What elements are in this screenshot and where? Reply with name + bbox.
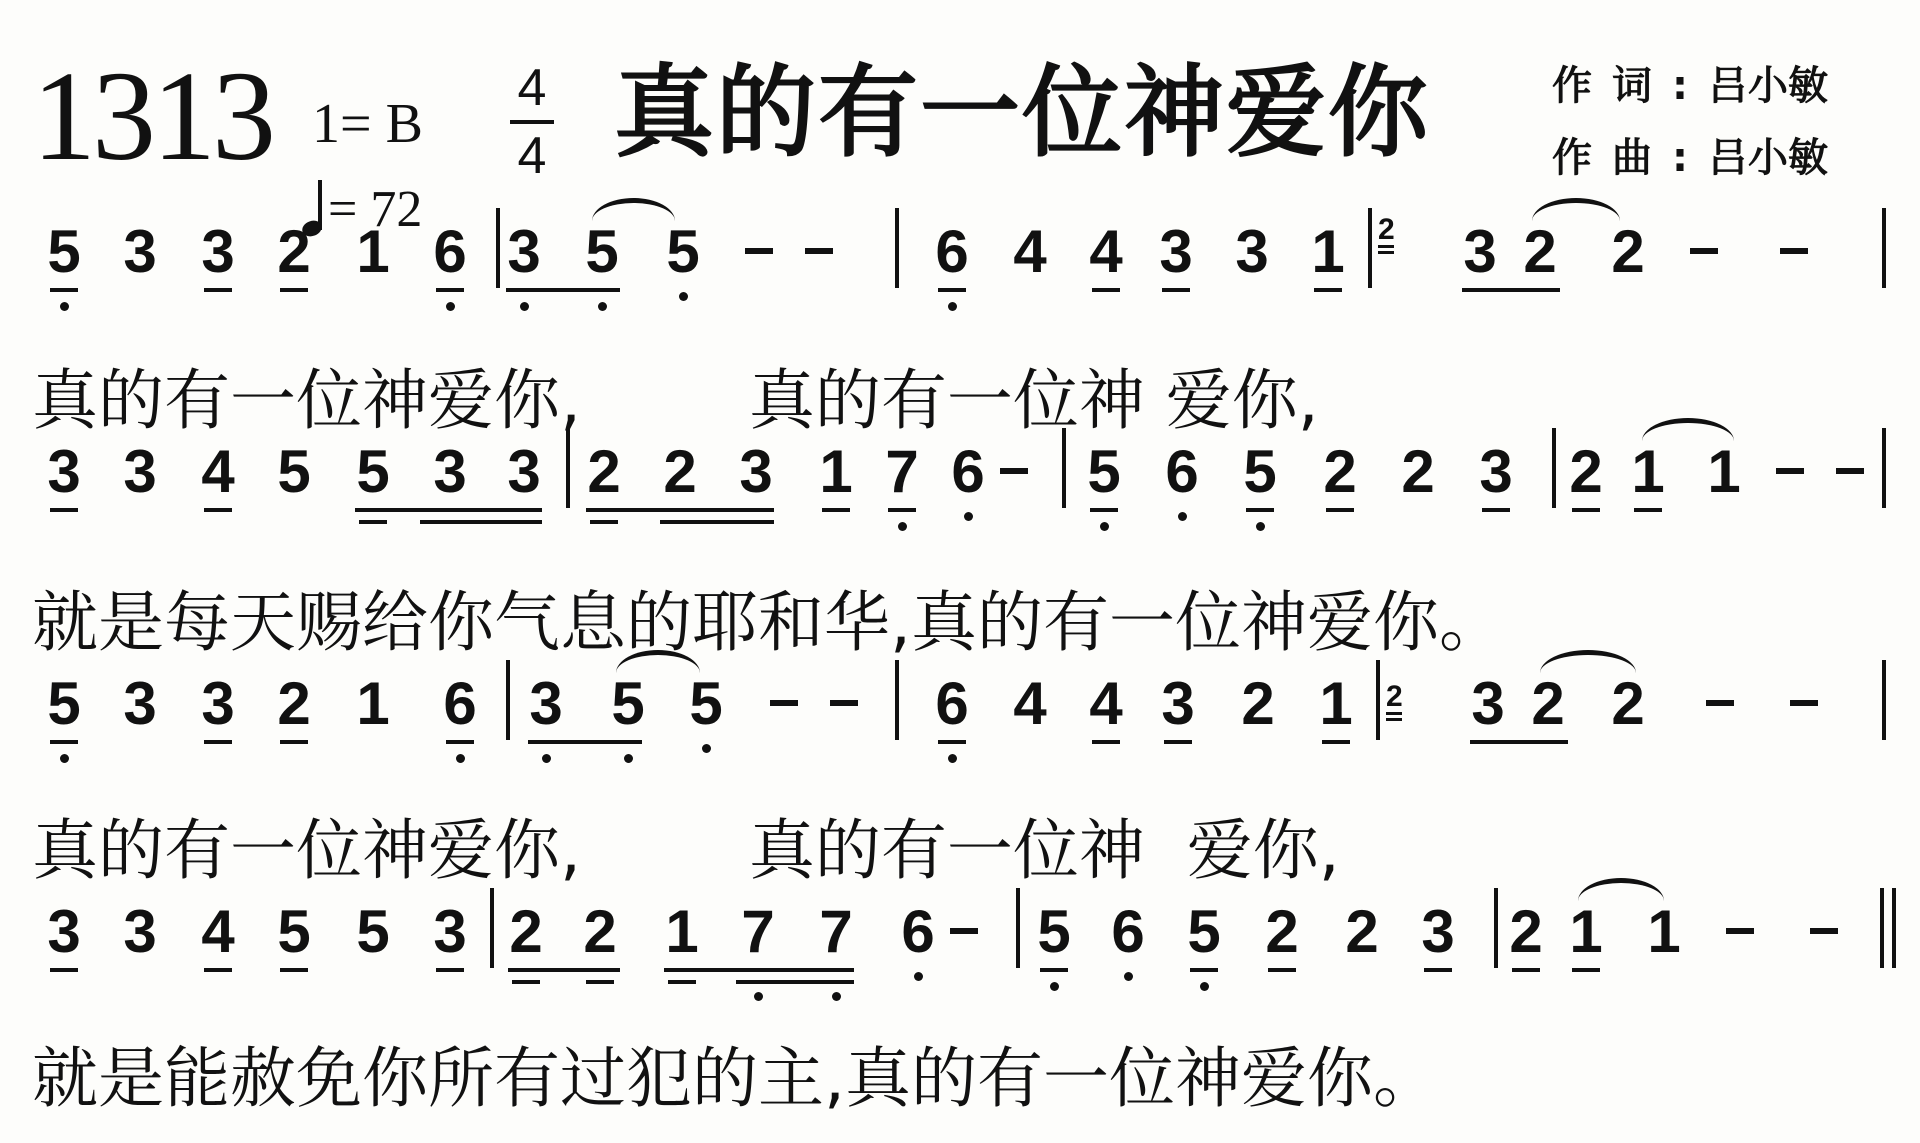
underline-beam [822, 508, 850, 512]
note: 3 [46, 902, 82, 962]
beam [664, 968, 854, 972]
barline [895, 660, 899, 740]
note: 4 [1088, 222, 1124, 282]
underline-beam [1090, 508, 1118, 512]
underline-beam [1190, 968, 1218, 972]
note: 3 [122, 902, 158, 962]
underline-beam [1246, 508, 1274, 512]
note: 1 [1310, 222, 1346, 282]
lower-octave-dot [456, 754, 465, 763]
underline-beam [50, 740, 78, 744]
note: 6 [900, 902, 936, 962]
lower-octave-dot [964, 512, 973, 521]
lower-octave-dot [832, 992, 841, 1001]
lower-octave-dot [60, 302, 69, 311]
note: 5 [1242, 442, 1278, 502]
hold-dash [830, 700, 858, 706]
barline [1368, 208, 1372, 288]
slur [1642, 418, 1734, 441]
note: 2 [1344, 902, 1380, 962]
note: 3 [432, 442, 468, 502]
note: 1 [1318, 674, 1354, 734]
lyricist-label: 作词: [1552, 63, 1708, 109]
note: 5 [1036, 902, 1072, 962]
note: 3 [200, 674, 236, 734]
note: 2 [1508, 902, 1544, 962]
hold-dash [1810, 928, 1838, 934]
lyric-line: 真的有一位神爱你, 真的有一位神 爱你, [32, 368, 1319, 434]
grace-note: 2 [1386, 682, 1403, 712]
underline-beam [1164, 740, 1192, 744]
barline [1062, 428, 1066, 508]
note: 3 [506, 222, 542, 282]
beam [528, 740, 642, 744]
barline [1552, 428, 1556, 508]
time-signature-divider [510, 120, 554, 124]
note: 1 [1568, 902, 1604, 962]
lower-octave-dot [1200, 982, 1209, 991]
underline-beam [280, 740, 308, 744]
note: 1 [355, 674, 391, 734]
note: 5 [665, 222, 701, 282]
barline [1882, 208, 1886, 288]
barline [506, 660, 510, 740]
note: 3 [200, 222, 236, 282]
hold-dash [1000, 468, 1028, 474]
note: 5 [1086, 442, 1122, 502]
underline-beam [1512, 968, 1540, 972]
lyric-line: 真的有一位神爱你, 真的有一位神 爱你, [32, 818, 1340, 884]
underline-beam [1092, 288, 1120, 292]
underline-beam-double [512, 980, 540, 984]
beam [508, 968, 620, 972]
beam [355, 508, 542, 512]
note: 1 [1706, 442, 1742, 502]
hold-dash [1790, 700, 1818, 706]
lyricist-credit: 作词:吕小敏 [1552, 66, 1828, 106]
note: 3 [506, 442, 542, 502]
underline-beam [938, 288, 966, 292]
note: 2 [508, 902, 544, 962]
lower-octave-dot [520, 302, 529, 311]
note: 3 [122, 674, 158, 734]
note: 3 [122, 442, 158, 502]
hold-dash [1836, 468, 1864, 474]
note: 2 [1400, 442, 1436, 502]
note: 2 [586, 442, 622, 502]
grace-beam [1378, 245, 1394, 248]
note: 2 [1610, 674, 1646, 734]
lower-octave-dot [754, 992, 763, 1001]
hold-dash [1776, 468, 1804, 474]
hold-dash [745, 248, 773, 254]
note: 7 [740, 902, 776, 962]
note: 1 [664, 902, 700, 962]
hold-dash [1726, 928, 1754, 934]
note: 5 [276, 442, 312, 502]
note: 3 [432, 902, 468, 962]
note: 2 [1322, 442, 1358, 502]
note: 1 [1630, 442, 1666, 502]
underline-beam [204, 288, 232, 292]
note: 3 [46, 442, 82, 502]
beam [506, 288, 620, 292]
underline-beam [204, 968, 232, 972]
hold-dash [1690, 248, 1718, 254]
grace-beam [1378, 251, 1394, 254]
barline [895, 208, 899, 288]
note: 7 [884, 442, 920, 502]
underline-beam [436, 288, 464, 292]
hold-dash [1706, 700, 1734, 706]
note: 7 [818, 902, 854, 962]
underline-beam [204, 508, 232, 512]
barline [1016, 888, 1020, 968]
slur [1578, 878, 1664, 901]
note: 5 [584, 222, 620, 282]
underline-beam-double [359, 520, 387, 524]
underline-beam-double [668, 980, 696, 984]
note: 2 [1610, 222, 1646, 282]
underline-beam [436, 968, 464, 972]
note: 5 [276, 902, 312, 962]
note: 4 [200, 442, 236, 502]
grace-beam [1386, 718, 1402, 721]
note: 3 [122, 222, 158, 282]
note: 3 [1420, 902, 1456, 962]
note: 5 [355, 442, 391, 502]
note: 3 [1234, 222, 1270, 282]
lower-octave-dot [1050, 982, 1059, 991]
underline-beam [1040, 968, 1068, 972]
note: 6 [1110, 902, 1146, 962]
underline-beam [1572, 508, 1600, 512]
slur [1540, 650, 1636, 673]
note: 2 [1264, 902, 1300, 962]
lyricist-name: 吕小敏 [1708, 63, 1828, 109]
hold-dash [950, 928, 978, 934]
grace-note: 2 [1378, 215, 1395, 245]
note: 4 [1012, 222, 1048, 282]
underline-beam [280, 968, 308, 972]
underline-beam [280, 288, 308, 292]
underline-beam [1572, 968, 1600, 972]
note: 6 [934, 674, 970, 734]
note: 3 [1160, 674, 1196, 734]
note: 2 [1568, 442, 1604, 502]
underline-beam [1482, 508, 1510, 512]
note: 2 [276, 674, 312, 734]
note: 3 [738, 442, 774, 502]
lower-octave-dot [948, 754, 957, 763]
barline [566, 428, 570, 508]
time-signature: 4 4 [510, 62, 554, 182]
grace-beam [1386, 712, 1402, 715]
lower-octave-dot [1124, 972, 1133, 981]
final-barline [1880, 888, 1884, 968]
lower-octave-dot [1256, 522, 1265, 531]
underline-beam [1634, 508, 1662, 512]
barline [490, 888, 494, 968]
lower-octave-dot [624, 754, 633, 763]
composer-label: 作曲: [1552, 135, 1708, 181]
underline-beam [938, 740, 966, 744]
beam [1462, 288, 1560, 292]
barline [1494, 888, 1498, 968]
lower-octave-dot [1100, 522, 1109, 531]
underline-beam [446, 740, 474, 744]
underline-beam [50, 508, 78, 512]
underline-beam [50, 288, 78, 292]
lyric-line: 就是能赦免你所有过犯的主,真的有一位神爱你。 [32, 1046, 1439, 1112]
lower-octave-dot [446, 302, 455, 311]
note: 6 [950, 442, 986, 502]
note: 6 [934, 222, 970, 282]
note: 2 [582, 902, 618, 962]
lower-octave-dot [679, 292, 688, 301]
underline-beam [1326, 508, 1354, 512]
note: 6 [432, 222, 468, 282]
beam-second [736, 980, 854, 984]
song-number: 1313 [32, 52, 272, 180]
note: 3 [528, 674, 564, 734]
underline-beam [888, 508, 916, 512]
lower-octave-dot [702, 744, 711, 753]
note: 2 [276, 222, 312, 282]
note: 3 [1478, 442, 1514, 502]
beam-second [420, 520, 542, 524]
underline-beam [1092, 740, 1120, 744]
hold-dash [770, 700, 798, 706]
barline [1882, 660, 1886, 740]
note: 2 [1530, 674, 1566, 734]
underline-beam [1162, 288, 1190, 292]
note: 1 [355, 222, 391, 282]
key-signature: 1= B [312, 96, 423, 152]
lower-octave-dot [598, 302, 607, 311]
note: 3 [1462, 222, 1498, 282]
beam [586, 508, 774, 512]
note: 2 [1240, 674, 1276, 734]
underline-beam [1268, 968, 1296, 972]
underline-beam [50, 968, 78, 972]
slur [1532, 198, 1620, 221]
lower-octave-dot [542, 754, 551, 763]
underline-beam [1424, 968, 1452, 972]
note: 4 [1012, 674, 1048, 734]
hold-dash [1780, 248, 1808, 254]
note: 6 [442, 674, 478, 734]
note: 3 [1470, 674, 1506, 734]
underline-beam-double [586, 980, 614, 984]
lyric-line: 就是每天赐给你气息的耶和华,真的有一位神爱你。 [32, 590, 1505, 656]
underline-beam [204, 740, 232, 744]
underline-beam [1314, 288, 1342, 292]
lower-octave-dot [1178, 512, 1187, 521]
lower-octave-dot [914, 972, 923, 981]
note: 5 [46, 674, 82, 734]
lower-octave-dot [948, 302, 957, 311]
note: 2 [1522, 222, 1558, 282]
note: 4 [200, 902, 236, 962]
note: 5 [610, 674, 646, 734]
composer-name: 吕小敏 [1708, 135, 1828, 181]
note: 4 [1088, 674, 1124, 734]
note: 5 [688, 674, 724, 734]
barline [496, 208, 500, 288]
song-title: 真的有一位神爱你 [614, 58, 1430, 168]
lower-octave-dot [898, 522, 907, 531]
barline [1882, 428, 1886, 508]
time-signature-top: 4 [510, 62, 554, 114]
final-barline [1892, 888, 1896, 968]
note: 6 [1164, 442, 1200, 502]
underline-beam-double [590, 520, 618, 524]
note: 1 [1646, 902, 1682, 962]
note: 2 [662, 442, 698, 502]
underline-beam [1322, 740, 1350, 744]
note: 3 [1158, 222, 1194, 282]
beam-second [660, 520, 774, 524]
hold-dash [805, 248, 833, 254]
composer-credit: 作曲:吕小敏 [1552, 138, 1828, 178]
note: 5 [46, 222, 82, 282]
lower-octave-dot [60, 754, 69, 763]
note: 1 [818, 442, 854, 502]
note: 5 [1186, 902, 1222, 962]
beam [1470, 740, 1568, 744]
note: 5 [355, 902, 391, 962]
slur [592, 198, 675, 221]
barline [1376, 660, 1380, 740]
time-signature-bottom: 4 [510, 130, 554, 182]
